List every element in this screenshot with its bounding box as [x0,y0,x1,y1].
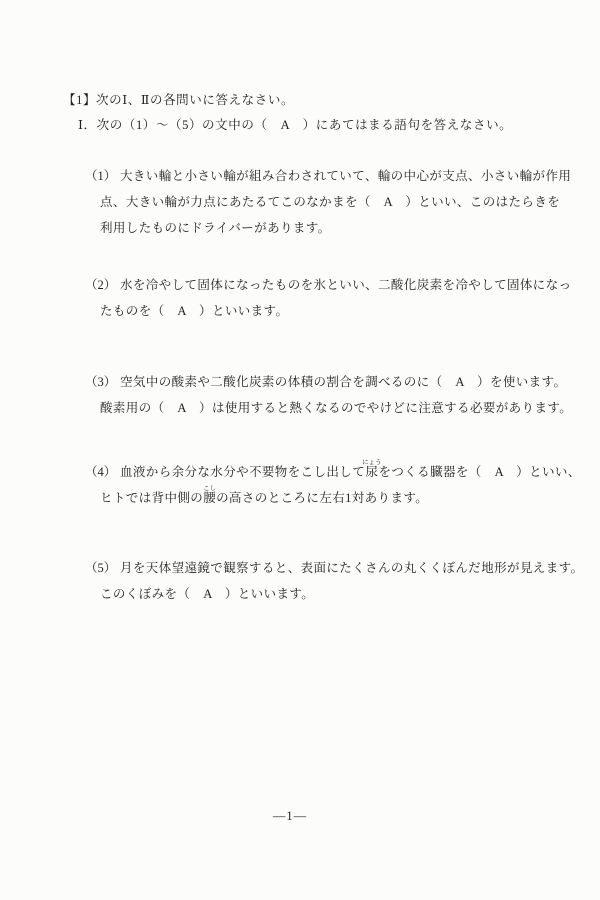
question-number: （1） [85,163,120,189]
question-line: （1）大きい輪と小さい輪が組み合わされていて、輪の中心が支点、小さい輪が作用 [85,163,575,189]
ruby-base: 腰 [203,491,216,505]
question-line: 利用したものにドライバーがあります。 [100,215,575,241]
question-line: 酸素用の（ A ）は使用すると熱くなるのでやけどに注意する必要があります。 [100,395,575,421]
question-text: 血液から余分な水分や不要物をこし出して [120,465,365,479]
question-5: （5）月を天体望遠鏡で観察すると、表面にたくさんの丸くくぼんだ地形が見えます。 … [85,555,575,607]
question-line: （2）水を冷やして固体になったものを氷といい、二酸化炭素を冷やして固体になっ [85,272,575,298]
question-number: （5） [85,555,120,581]
section-title: 【1】次のⅠ、Ⅱの各問いに答えなさい。 [63,92,294,109]
question-line: このくぼみを（ A ）といいます。 [100,581,575,607]
question-line: ヒトでは背中側の腰こしの高さのところに左右1対あります。 [100,485,575,511]
question-line: （4）血液から余分な水分や不要物をこし出して尿にょうをつくる臓器を（ A ）とい… [85,459,575,485]
question-text: 空気中の酸素や二酸化炭素の体積の割合を調べるのに（ A ）を使います。 [120,375,566,389]
ruby-text: こし [203,485,216,492]
instruction-line: Ⅰ．次の（1）～（5）の文中の（ A ）にあてはまる語句を答えなさい。 [78,117,512,134]
question-line: たものを（ A ）といいます。 [100,298,575,324]
question-text: の高さのところに左右1対あります。 [216,491,428,505]
question-text: 月を天体望遠鏡で観察すると、表面にたくさんの丸くくぼんだ地形が見えます。 [120,561,583,575]
furigana-koshi: 腰こし [203,491,216,505]
question-2: （2）水を冷やして固体になったものを氷といい、二酸化炭素を冷やして固体になっ た… [85,272,575,324]
question-line: （5）月を天体望遠鏡で観察すると、表面にたくさんの丸くくぼんだ地形が見えます。 [85,555,575,581]
ruby-text: にょう [362,459,381,466]
question-3: （3）空気中の酸素や二酸化炭素の体積の割合を調べるのに（ A ）を使います。 酸… [85,369,575,421]
question-text: をつくる臓器を（ A ）といい、 [378,465,580,479]
question-number: （4） [85,459,120,485]
page-number: ―1― [0,806,580,826]
question-number: （2） [85,272,120,298]
question-1: （1）大きい輪と小さい輪が組み合わされていて、輪の中心が支点、小さい輪が作用 点… [85,163,575,241]
question-line: （3）空気中の酸素や二酸化炭素の体積の割合を調べるのに（ A ）を使います。 [85,369,575,395]
exam-page: 【1】次のⅠ、Ⅱの各問いに答えなさい。 Ⅰ．次の（1）～（5）の文中の（ A ）… [0,0,600,900]
question-text: ヒトでは背中側の [100,491,203,505]
question-number: （3） [85,369,120,395]
question-4: （4）血液から余分な水分や不要物をこし出して尿にょうをつくる臓器を（ A ）とい… [85,459,575,511]
question-text: 水を冷やして固体になったものを氷といい、二酸化炭素を冷やして固体になっ [120,278,572,292]
furigana-nyou: 尿にょう [365,465,378,479]
question-line: 点、大きい輪が力点にあたるてこのなかまを（ A ）といい、このはたらきを [100,189,575,215]
question-text: 大きい輪と小さい輪が組み合わされていて、輪の中心が支点、小さい輪が作用 [120,169,571,183]
